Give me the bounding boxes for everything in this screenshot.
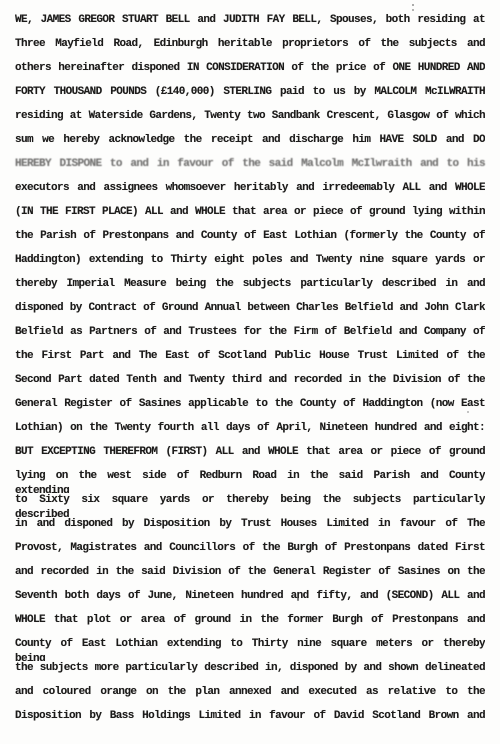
text-line: (IN THE FIRST PLACE) ALL and WHOLE that … xyxy=(15,205,485,229)
text-line: County of East Lothian extending to Thir… xyxy=(15,637,485,661)
text-line: Belfield as Partners of and Trustees for… xyxy=(15,325,485,349)
scan-artifact xyxy=(467,411,469,413)
text-line: disponed by Contract of Ground Annual be… xyxy=(15,301,485,325)
text-line: to Sixty six square yards or thereby bei… xyxy=(15,493,485,517)
text-line: others hereinafter disponed IN CONSIDERA… xyxy=(15,61,485,85)
text-line: Three Mayfield Road, Edinburgh heritable… xyxy=(15,37,485,61)
text-line: the First Part and The East of Scotland … xyxy=(15,349,485,373)
scan-artifact xyxy=(412,4,414,6)
text-line: HEREBY DISPONE to and in favour of the s… xyxy=(15,157,485,181)
document-page: WE, JAMES GREGOR STUART BELL and JUDITH … xyxy=(0,0,500,744)
text-line: executors and assignees whomsoever herit… xyxy=(15,181,485,205)
text-line: the Parish of Prestonpans and County of … xyxy=(15,229,485,253)
text-line: Second Part dated Tenth and Twenty third… xyxy=(15,373,485,397)
text-line: WE, JAMES GREGOR STUART BELL and JUDITH … xyxy=(15,13,485,37)
text-line: General Register of Sasines applicable t… xyxy=(15,397,485,421)
scan-artifact xyxy=(297,597,299,601)
text-line: Seventh both days of June, Nineteen hund… xyxy=(15,589,485,613)
text-line: residing at Waterside Gardens, Twenty tw… xyxy=(15,109,485,133)
text-line: Disposition by Bass Holdings Limited in … xyxy=(15,709,485,733)
text-line: Lothian) on the Twenty fourth all days o… xyxy=(15,421,485,445)
text-line: and recorded in the said Division of the… xyxy=(15,565,485,589)
text-line: BUT EXCEPTING THEREFROM (FIRST) ALL and … xyxy=(15,445,485,469)
text-line: the subjects more particularly described… xyxy=(15,661,485,685)
text-line: thereby Imperial Measure being the subje… xyxy=(15,277,485,301)
text-line: Provost, Magistrates and Councillors of … xyxy=(15,541,485,565)
text-line: and coloured orange on the plan annexed … xyxy=(15,685,485,709)
text-line: in and disponed by Disposition by Trust … xyxy=(15,517,485,541)
text-line: lying on the west side of Redburn Road i… xyxy=(15,469,485,493)
text-line: sum we hereby acknowledge the receipt an… xyxy=(15,133,485,157)
text-line: WHOLE that plot or area of ground in the… xyxy=(15,613,485,637)
text-line: FORTY THOUSAND POUNDS (£140,000) STERLIN… xyxy=(15,85,485,109)
document-text-block: WE, JAMES GREGOR STUART BELL and JUDITH … xyxy=(15,13,485,733)
text-line: Haddington) extending to Thirty eight po… xyxy=(15,253,485,277)
